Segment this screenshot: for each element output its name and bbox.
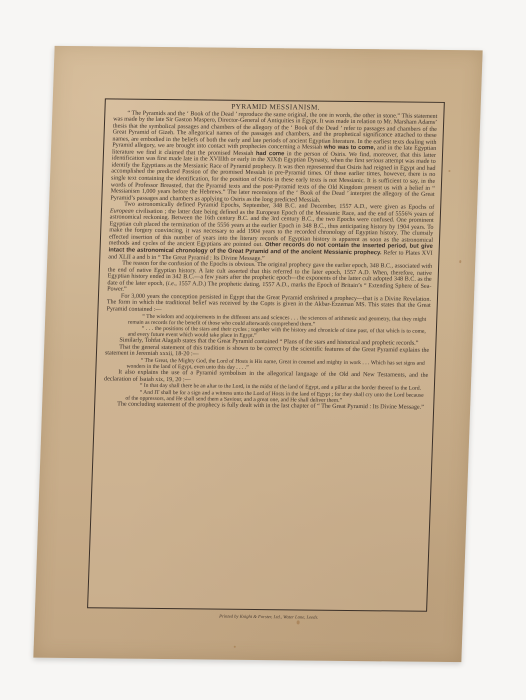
text-run: That the general statement of this tradi… (105, 344, 429, 357)
printed-leaflet-page: PYRAMID MESSIANISM. “ The Pyramids and t… (33, 46, 482, 662)
body-paragraph: “ The Pyramids and the ‘ Book of the Dea… (110, 110, 437, 205)
foxing-spot (448, 170, 450, 172)
foxing-spot (459, 260, 461, 263)
printer-imprint: Printed by Knight & Forster, Ltd., Water… (35, 612, 463, 621)
body-paragraph: Two astronomically defined Pyramid Epoch… (108, 202, 434, 264)
bordered-text-frame: PYRAMID MESSIANISM. “ The Pyramids and t… (87, 98, 445, 611)
text-run: It also explains the use of a Pyramid sy… (104, 370, 428, 383)
text-run: attempt was made to identify the Egyptia… (110, 159, 436, 204)
document-body: “ The Pyramids and the ‘ Book of the Dea… (103, 110, 437, 411)
emphasis-italic: serious (366, 158, 384, 164)
emphasis-bold: who was to come, (324, 145, 376, 152)
text-run: “ . . . the positions of the stars and t… (128, 326, 426, 339)
foxing-spot (234, 646, 236, 648)
text-run: For 3,000 years the conception persisted… (106, 293, 431, 313)
foxing-spot (297, 620, 300, 624)
body-paragraph: The reason for the confusion of the Epoc… (107, 261, 432, 297)
text-run: “ The Great, the Mighty God, the Lord of… (126, 358, 424, 371)
